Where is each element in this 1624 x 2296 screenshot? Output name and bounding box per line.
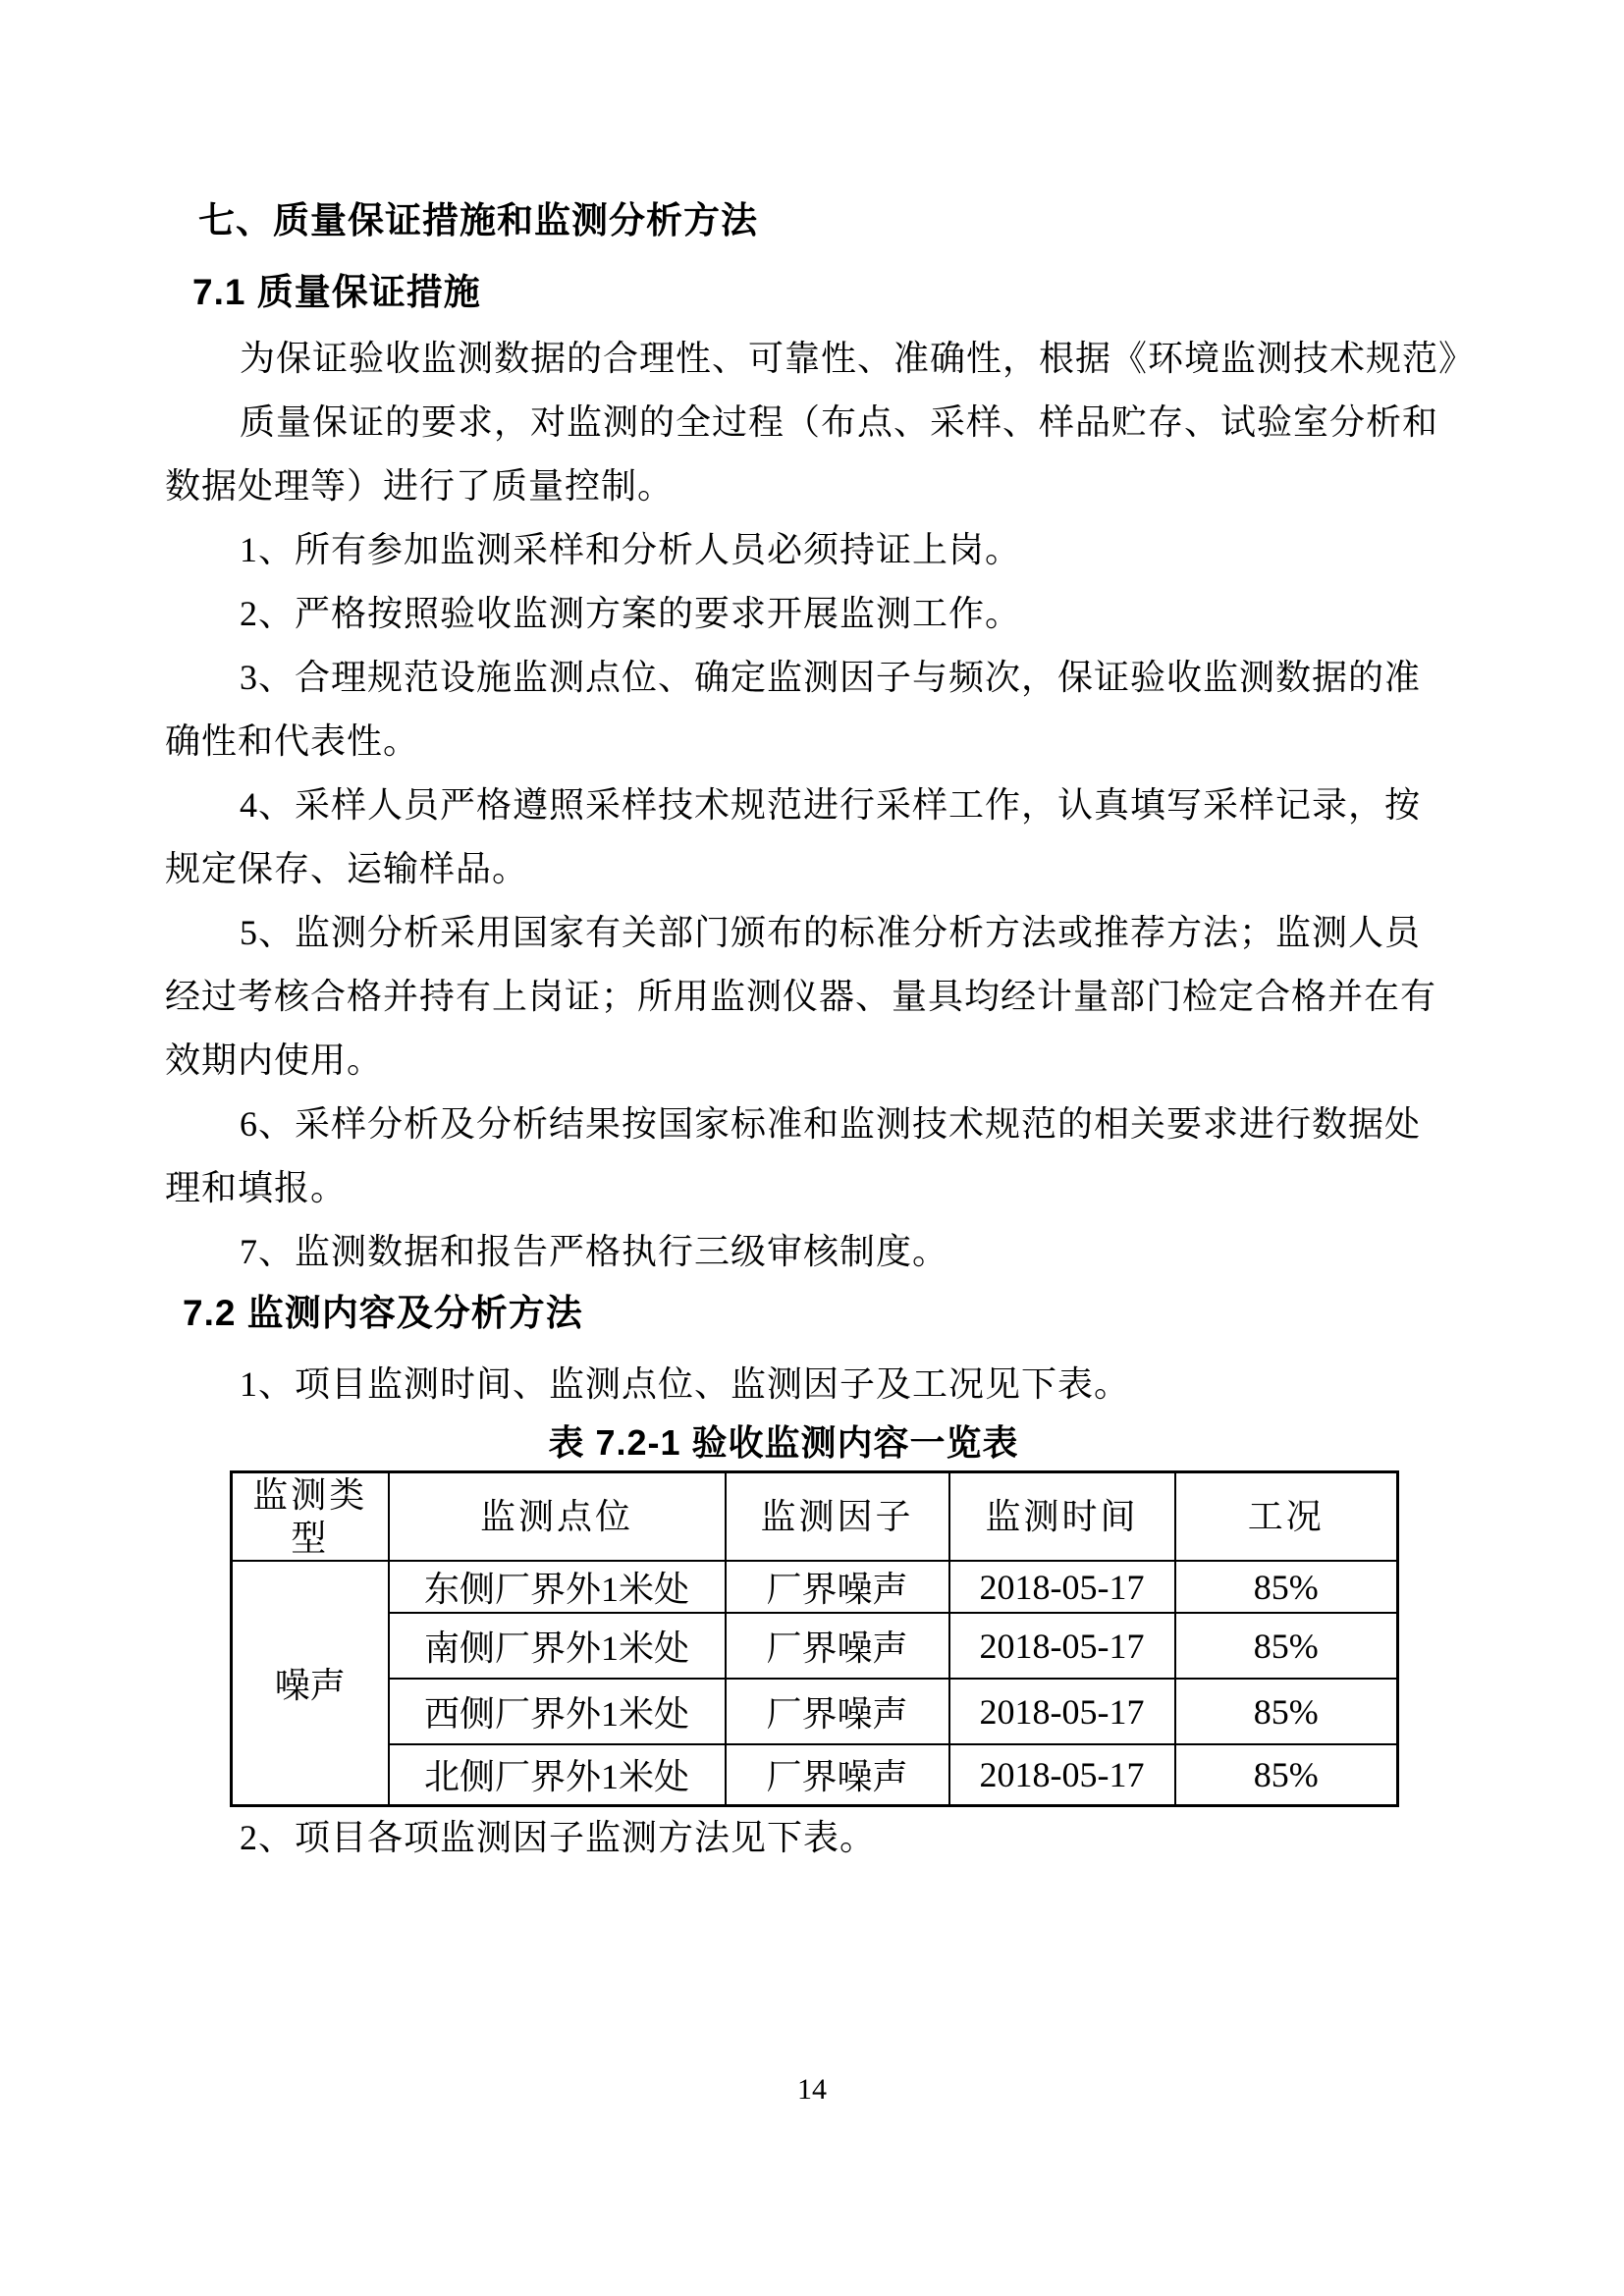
list-item-line: 3、合理规范设施监测点位、确定监测因子与频次，保证验收监测数据的准 — [165, 646, 1471, 710]
point-cell: 东侧厂界外1米处 — [389, 1561, 726, 1613]
table-row: 北侧厂界外1米处 厂界噪声 2018-05-17 85% — [232, 1744, 1398, 1805]
column-header-factor: 监测因子 — [726, 1472, 949, 1562]
table-intro-text: 1、项目监测时间、监测点位、监测因子及工况见下表。 — [165, 1353, 1471, 1416]
page-number: 14 — [0, 2073, 1624, 2107]
paragraph-line: 质量保证的要求，对监测的全过程（布点、采样、样品贮存、试验室分析和 — [165, 391, 1471, 454]
subsection-heading-7-1: 7.1 质量保证措施 — [192, 271, 481, 314]
factor-cell: 厂界噪声 — [726, 1744, 949, 1805]
factor-cell: 厂界噪声 — [726, 1561, 949, 1613]
list-item-line: 4、采样人员严格遵照采样技术规范进行采样工作，认真填写采样记录，按 — [165, 774, 1471, 837]
date-cell: 2018-05-17 — [949, 1561, 1175, 1613]
point-cell: 西侧厂界外1米处 — [389, 1679, 726, 1744]
list-item-line: 经过考核合格并持有上岗证；所用监测仪器、量具均经计量部门检定合格并在有 — [165, 965, 1471, 1029]
load-cell: 85% — [1175, 1679, 1398, 1744]
table-row: 噪声 东侧厂界外1米处 厂界噪声 2018-05-17 85% — [232, 1561, 1398, 1613]
category-cell: 噪声 — [232, 1561, 389, 1805]
document-page: 七、质量保证措施和监测分析方法 7.1 质量保证措施 为保证验收监测数据的合理性… — [0, 0, 1624, 2296]
column-header-time: 监测时间 — [949, 1472, 1175, 1562]
date-cell: 2018-05-17 — [949, 1613, 1175, 1679]
date-cell: 2018-05-17 — [949, 1744, 1175, 1805]
paragraph-line: 为保证验收监测数据的合理性、可靠性、准确性，根据《环境监测技术规范》 — [165, 327, 1471, 391]
table-title: 表 7.2-1 验收监测内容一览表 — [165, 1422, 1402, 1464]
list-item-line: 5、监测分析采用国家有关部门颁布的标准分析方法或推荐方法；监测人员 — [165, 901, 1471, 965]
list-item-line: 2、严格按照验收监测方案的要求开展监测工作。 — [165, 582, 1471, 646]
list-item-line: 规定保存、运输样品。 — [165, 837, 1471, 901]
list-item-line: 理和填报。 — [165, 1156, 1471, 1220]
point-cell: 北侧厂界外1米处 — [389, 1744, 726, 1805]
list-item-line: 7、监测数据和报告严格执行三级审核制度。 — [165, 1220, 1471, 1284]
factor-cell: 厂界噪声 — [726, 1613, 949, 1679]
subsection-heading-7-2: 7.2 监测内容及分析方法 — [183, 1292, 583, 1335]
table-intro-line: 1、项目监测时间、监测点位、监测因子及工况见下表。 — [165, 1353, 1471, 1416]
after-table-text: 2、项目各项监测因子监测方法见下表。 — [165, 1806, 1471, 1870]
after-table-line: 2、项目各项监测因子监测方法见下表。 — [165, 1806, 1471, 1870]
list-item-line: 1、所有参加监测采样和分析人员必须持证上岗。 — [165, 518, 1471, 582]
column-header-type: 监测类型 — [232, 1472, 389, 1562]
load-cell: 85% — [1175, 1613, 1398, 1679]
list-item-line: 6、采样分析及分析结果按国家标准和监测技术规范的相关要求进行数据处 — [165, 1093, 1471, 1156]
column-header-condition: 工况 — [1175, 1472, 1398, 1562]
point-cell: 南侧厂界外1米处 — [389, 1613, 726, 1679]
factor-cell: 厂界噪声 — [726, 1679, 949, 1744]
load-cell: 85% — [1175, 1744, 1398, 1805]
table-row: 南侧厂界外1米处 厂界噪声 2018-05-17 85% — [232, 1613, 1398, 1679]
table-header-row: 监测类型 监测点位 监测因子 监测时间 工况 — [232, 1472, 1398, 1562]
table-row: 西侧厂界外1米处 厂界噪声 2018-05-17 85% — [232, 1679, 1398, 1744]
paragraph-line: 数据处理等）进行了质量控制。 — [165, 454, 1471, 518]
list-item-line: 效期内使用。 — [165, 1029, 1471, 1093]
column-header-point: 监测点位 — [389, 1472, 726, 1562]
list-item-line: 确性和代表性。 — [165, 710, 1471, 774]
monitoring-content-table: 监测类型 监测点位 监测因子 监测时间 工况 噪声 东侧厂界外1米处 厂界噪声 … — [230, 1470, 1399, 1807]
load-cell: 85% — [1175, 1561, 1398, 1613]
body-text-block: 为保证验收监测数据的合理性、可靠性、准确性，根据《环境监测技术规范》 质量保证的… — [165, 327, 1471, 1284]
section-heading-7: 七、质量保证措施和监测分析方法 — [198, 199, 758, 242]
date-cell: 2018-05-17 — [949, 1679, 1175, 1744]
